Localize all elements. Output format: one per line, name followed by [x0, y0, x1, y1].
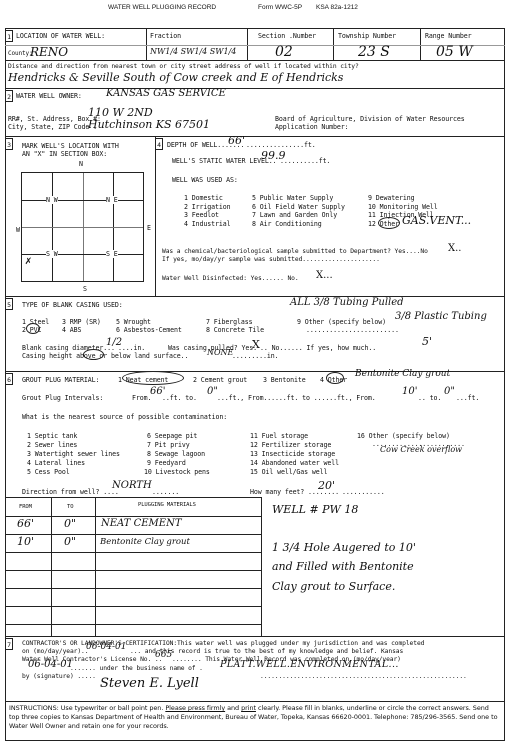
contam-option[interactable]: 1 Septic tank: [27, 432, 77, 440]
casing-height-unit: .........in.: [232, 352, 278, 360]
city-value[interactable]: Hutchinson KS 67501: [88, 118, 210, 131]
county-value[interactable]: RENO: [30, 45, 68, 59]
interval-unit: ...ft.: [456, 394, 479, 402]
signature-label: by (signature) .....: [22, 673, 96, 680]
signature[interactable]: Steven E. Lyell: [100, 676, 199, 691]
distance-feet-value[interactable]: 20': [318, 479, 335, 492]
section-3-number: 3: [5, 138, 13, 150]
casing-option[interactable]: 8 Concrete Tile: [206, 326, 264, 334]
plugging-materials-table: FROM TO PLUGGING MATERIALS 66' 0" NEAT C…: [5, 497, 261, 636]
section-1-number: 1: [5, 30, 13, 42]
instructions-emphasis: print: [241, 704, 256, 712]
note-line[interactable]: 1 3/4 Hole Augered to 10': [272, 541, 416, 554]
contam-option[interactable]: 5 Cess Pool: [27, 468, 70, 476]
casing-other-value[interactable]: 3/8 Plastic Tubing: [395, 311, 487, 322]
interval-to-label: ..ft. to.: [162, 394, 197, 402]
use-option[interactable]: 9 Dewatering: [368, 194, 414, 202]
quadrant-nw: N W: [46, 196, 58, 204]
section-6-number: 6: [5, 373, 13, 385]
contam-option[interactable]: 15 Oil well/Gas well: [250, 468, 327, 476]
use-option[interactable]: 6 Oil Field Water Supply: [252, 203, 345, 211]
instructions-emphasis: Please press firmly: [165, 704, 225, 712]
column-header-from: FROM: [19, 504, 32, 510]
section-number-value[interactable]: 02: [275, 44, 293, 60]
row-material[interactable]: Bentonite Clay grout: [100, 537, 190, 547]
grout-option[interactable]: 3 Bentonite: [263, 376, 306, 384]
depth-value[interactable]: 66': [228, 134, 245, 147]
note-line[interactable]: and Filled with Bentonite: [272, 560, 414, 573]
owner-label: WATER WELL OWNER:: [16, 92, 82, 100]
city-label: City, State, ZIP Code :: [8, 123, 97, 131]
grout-intervals-label: Grout Plug Intervals:: [22, 394, 103, 402]
casing-option[interactable]: 7 Fiberglass: [206, 318, 252, 326]
contam-option[interactable]: 2 Sewer lines: [27, 441, 77, 449]
casing-option[interactable]: 6 Asbestos-Cement: [116, 326, 182, 334]
well-location-mark-icon: ✗: [25, 254, 32, 267]
use-option[interactable]: 8 Air Conditioning: [252, 220, 322, 228]
use-option[interactable]: 5 Public Water Supply: [252, 194, 333, 202]
direction-label: Direction from well? ....: [22, 488, 119, 496]
section-7-number: 7: [5, 638, 13, 650]
interval-from-label: From.: [132, 394, 151, 402]
contam-option[interactable]: 13 Insecticide storage: [250, 450, 335, 458]
certification-line: ....... under the business name of .: [70, 665, 203, 672]
completed-date[interactable]: 06-04-01: [86, 642, 126, 652]
well-used-label: WELL WAS USED AS:: [172, 176, 238, 184]
township-value[interactable]: 23 S: [358, 44, 390, 60]
contam-option[interactable]: 11 Fuel storage: [250, 432, 308, 440]
use-option[interactable]: 2 Irrigation: [184, 203, 230, 211]
instructions: INSTRUCTIONS: Use typewriter or ball poi…: [9, 704, 501, 731]
casing-other-dots: ........................: [306, 326, 399, 334]
interval-3-from[interactable]: 10': [402, 386, 417, 397]
contam-other-value[interactable]: Cow Creek overflow: [380, 445, 462, 454]
diameter-unit: ....in.: [118, 344, 145, 352]
casing-option[interactable]: 5 Wrought: [116, 318, 151, 326]
distance-value[interactable]: Hendricks & Seville South of Cow creek a…: [8, 71, 343, 84]
contam-option[interactable]: 9 Feedyard: [147, 459, 186, 467]
business-name[interactable]: PLATT.WELL.ENVIRONMENTAL...: [220, 659, 399, 670]
section-box-label-1: MARK WELL'S LOCATION WITH: [22, 142, 119, 150]
section-number-label: Section .Number: [258, 32, 316, 40]
contam-option[interactable]: 8 Sewage lagoon: [147, 450, 205, 458]
column-header-to: TO: [67, 504, 73, 510]
range-label: Range Number: [425, 32, 471, 40]
quadrant-ne: N E: [106, 196, 118, 204]
contam-option[interactable]: 10 Livestock pens: [144, 468, 210, 476]
form-number: Form WWC-5P: [258, 4, 302, 11]
casing-note[interactable]: ALL 3/8 Tubing Pulled: [290, 297, 404, 308]
compass-w: W: [16, 226, 20, 234]
form-title: WATER WELL PLUGGING RECORD: [108, 4, 216, 11]
license-number[interactable]: 665: [155, 650, 172, 660]
chem-sample-value[interactable]: X..: [448, 243, 461, 254]
section-box-label-2: AN "X" IN SECTION BOX:: [22, 150, 107, 158]
selected-circle-pvc: [26, 323, 40, 334]
casing-type-label: TYPE OF BLANK CASING USED:: [22, 301, 123, 309]
row-from[interactable]: 10': [17, 535, 34, 548]
disinfected-value[interactable]: X...: [316, 270, 333, 281]
compass-n: N: [79, 160, 83, 168]
direction-value[interactable]: NORTH: [112, 480, 152, 491]
board-label: Board of Agriculture, Division of Water …: [275, 115, 465, 123]
record-date[interactable]: 06-04-01: [28, 659, 73, 670]
static-level-unit: ..........ft.: [280, 157, 330, 165]
use-option[interactable]: 4 Industrial: [184, 220, 230, 228]
use-option[interactable]: 1 Domestic: [184, 194, 223, 202]
section-5-number: 5: [5, 298, 13, 310]
grout-material-label: GROUT PLUG MATERIAL:: [22, 376, 99, 384]
sample-date-label: If yes, mo/day/yr sample was submitted..…: [162, 256, 380, 263]
interval-to-label: .. to.: [418, 394, 441, 402]
location-label: LOCATION OF WATER WELL:: [16, 32, 105, 40]
instructions-text: INSTRUCTIONS: Use typewriter or ball poi…: [9, 704, 165, 712]
note-line[interactable]: WELL # PW 18: [272, 503, 358, 516]
grout-other-value[interactable]: Bentonite Clay grout: [355, 369, 450, 379]
interval-sep: ...ft., From......ft. to ......ft., From…: [217, 394, 376, 402]
certification-line: on (mo/day/year)..: [22, 648, 88, 655]
fraction-value[interactable]: NW1/4 SW1/4 SW1/4: [150, 47, 236, 56]
section-2-number: 2: [5, 90, 13, 102]
county-label: County:: [8, 50, 33, 57]
certification-line: CONTRACTOR'S OR LANDOWNER'S CERTIFICATIO…: [22, 640, 424, 647]
contam-option[interactable]: 12 Fertilizer storage: [250, 441, 331, 449]
casing-option[interactable]: 3 RMP (SR): [62, 318, 101, 326]
selected-circle-other: [378, 217, 400, 229]
casing-option[interactable]: 9 Other (specify below): [297, 318, 386, 326]
quadrant-se: S E: [106, 250, 118, 258]
distance-feet-dots: ...........: [342, 488, 385, 496]
casing-height-label: Casing height above or below land surfac…: [22, 352, 188, 360]
row-from[interactable]: 66': [17, 517, 34, 530]
fraction-label: Fraction: [150, 32, 181, 40]
casing-height-value[interactable]: NONE: [207, 348, 233, 357]
selected-circle-neat-cement: [122, 371, 184, 385]
instructions-text: and: [225, 704, 241, 712]
row-material[interactable]: NEAT CEMENT: [101, 518, 181, 529]
application-number-label: Application Number:: [275, 123, 349, 131]
compass-s: S: [83, 285, 87, 293]
direction-dots: .......: [152, 488, 179, 496]
grout-option[interactable]: 2 Cement grout: [193, 376, 247, 384]
use-option[interactable]: 3 Feedlot: [184, 211, 219, 219]
owner-value[interactable]: KANSAS GAS SERVICE: [106, 88, 226, 99]
contamination-label: What is the nearest source of possible c…: [22, 413, 227, 421]
contam-option[interactable]: 3 Watertight sewer lines: [27, 450, 120, 458]
casing-pulled-yes[interactable]: X: [252, 338, 260, 351]
address-label: RR#, St. Address, Box #:: [8, 115, 101, 123]
distance-label: Distance and direction from nearest town…: [8, 63, 359, 70]
range-value[interactable]: 05 W: [436, 44, 473, 60]
section-grid[interactable]: N W N E S W S E ✗: [21, 172, 144, 282]
contam-option[interactable]: 4 Lateral lines: [27, 459, 85, 467]
ksa-reference: KSA 82a-1212: [316, 4, 358, 11]
use-other-value[interactable]: GAS.VENT...: [402, 214, 471, 227]
row-to[interactable]: 0": [64, 535, 76, 548]
contam-option[interactable]: 14 Abandoned water well: [250, 459, 339, 467]
selected-circle-below: [83, 349, 104, 360]
chem-sample-label: Was a chemical/bacteriological sample su…: [162, 248, 428, 255]
interval-3-to[interactable]: 0": [444, 386, 455, 397]
contam-option[interactable]: 7 Pit privy: [147, 441, 190, 449]
use-option[interactable]: 7 Lawn and Garden Only: [252, 211, 337, 219]
contam-option[interactable]: 6 Seepage pit: [147, 432, 197, 440]
section-4-number: 4: [155, 138, 163, 150]
township-label: Township Number: [338, 32, 396, 40]
use-option[interactable]: 10 Monitoring Well: [368, 203, 438, 211]
disinfected-label: Water Well Disinfected: Yes...... No.: [162, 275, 299, 282]
quadrant-sw: S W: [46, 250, 58, 258]
compass-e: E: [147, 224, 151, 232]
casing-pulled-no: .. No...... If yes, how much..: [260, 344, 376, 352]
row-to[interactable]: 0": [64, 517, 76, 530]
selected-circle-other-grout: [326, 372, 344, 384]
signature-dots: ........................................…: [260, 673, 467, 680]
depth-unit: ...............ft.: [246, 141, 316, 149]
contam-option[interactable]: 16 Other (specify below): [357, 432, 450, 440]
column-header-materials: PLUGGING MATERIALS: [138, 502, 196, 508]
note-line[interactable]: Clay grout to Surface.: [272, 580, 395, 593]
casing-pulled-amount[interactable]: 5': [422, 335, 432, 348]
casing-option[interactable]: 4 ABS: [62, 326, 81, 334]
